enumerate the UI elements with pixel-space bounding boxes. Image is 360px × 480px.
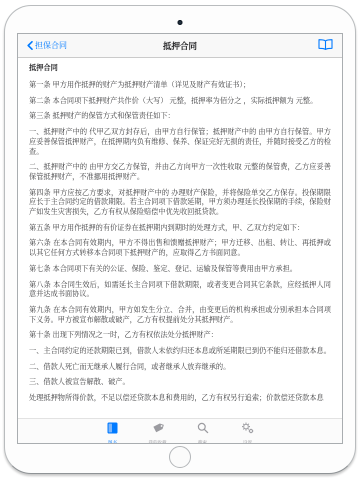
tab-search-label: 搜索 [198, 440, 207, 444]
back-button[interactable]: 担保合同 [27, 40, 67, 51]
tab-favorites-label: 我的收藏 [149, 440, 167, 444]
chevron-left-icon [27, 41, 33, 50]
gears-icon [241, 421, 254, 439]
front-camera [178, 20, 183, 25]
tab-books-label: 图书 [108, 440, 117, 444]
document-heading: 抵押合同 [29, 63, 331, 73]
document-paragraph: 第三条 抵押财产的保管方式和保管责任如下： [29, 111, 331, 121]
home-button[interactable] [169, 446, 191, 468]
tab-books[interactable]: 图书 [90, 419, 135, 444]
document-paragraph: 三、借款人被宣告解散、破产。 [29, 377, 331, 387]
document-paragraph: 第一条 甲方用作抵押的财产为抵押财产清单（详见及财产有效证书）； [29, 80, 331, 90]
document-paragraph: 第十条 出现下列情况之一时，乙方有权依法处分抵押财产： [29, 330, 331, 340]
document-paragraph: 二、抵押财产中的 由甲方交乙方保管，并由乙方向甲方一次性收取 元整的保管费，乙方… [29, 162, 331, 181]
tab-settings[interactable]: 设置 [225, 419, 270, 444]
tab-settings-label: 设置 [243, 440, 252, 444]
tag-icon [152, 421, 164, 439]
screen: 担保合同 抵押合同 抵押合同 第一条 甲方用作抵押的财产为抵押财产清单（详见及财… [17, 33, 343, 444]
book-icon [107, 421, 118, 439]
tab-bar: 图书 我的收藏 [18, 418, 342, 443]
document-paragraph: 第九条 在本合同有效期内，甲方如发生分立、合并，由变更后的机构承担或分别承担本合… [29, 305, 331, 324]
document-paragraph: 一、主合同约定的还款期限已到，借款人未依约归还本息或所延期限已到仍不能归还借款本… [29, 346, 331, 356]
document-paragraph: 第二条 本合同项下抵押财产共作价（大写） 元整，抵押率为佰分之 ，实际抵押额为 … [29, 96, 331, 106]
tab-favorites[interactable]: 我的收藏 [135, 419, 180, 444]
document-paragraph: 一、抵押财产中的 代甲乙双方封存后，由甲方自行保管；抵押财产中的 由甲方自行保管… [29, 127, 331, 156]
tab-search[interactable]: 搜索 [180, 419, 225, 444]
search-icon [197, 421, 209, 439]
table-of-contents-button[interactable] [318, 37, 333, 55]
ipad-frame: 担保合同 抵押合同 抵押合同 第一条 甲方用作抵押的财产为抵押财产清单（详见及财… [4, 5, 356, 474]
open-book-icon [318, 37, 333, 55]
document-paragraph: 二、借款人死亡而无继承人履行合同，或者继承人放弃继承的。 [29, 362, 331, 372]
document-paragraph: 处理抵押物所得价款，不足以偿还贷款本息和费用的，乙方有权另行追索；价款偿还贷款本… [29, 393, 331, 403]
document-view[interactable]: 抵押合同 第一条 甲方用作抵押的财产为抵押财产清单（详见及财产有效证书）；第二条… [18, 58, 342, 418]
document-paragraph: 第六条 在本合同有效期内，甲方不得出售和馈赠抵押财产；甲方迁移、出租、转让、再抵… [29, 238, 331, 257]
document-paragraph: 第七条 本合同项下有关的公证、保险、鉴定、登记、运输及保管等费用由甲方承担。 [29, 264, 331, 274]
navigation-bar: 担保合同 抵押合同 [18, 34, 342, 58]
document-body: 第一条 甲方用作抵押的财产为抵押财产清单（详见及财产有效证书）；第二条 本合同项… [29, 80, 331, 403]
document-paragraph: 第四条 甲方应按乙方要求，对抵押财产中的 办理财产保险，并将保险单交乙方保存。投… [29, 188, 331, 217]
back-button-label: 担保合同 [35, 40, 67, 51]
document-paragraph: 第八条 本合同生效后，如需延长主合同项下借款期限，或者变更合同其它条款，应经抵押… [29, 280, 331, 299]
document-paragraph: 第五条 甲方用作抵押的有价证券在抵押期内到期时的处理方式，甲、乙双方约定如下： [29, 223, 331, 233]
